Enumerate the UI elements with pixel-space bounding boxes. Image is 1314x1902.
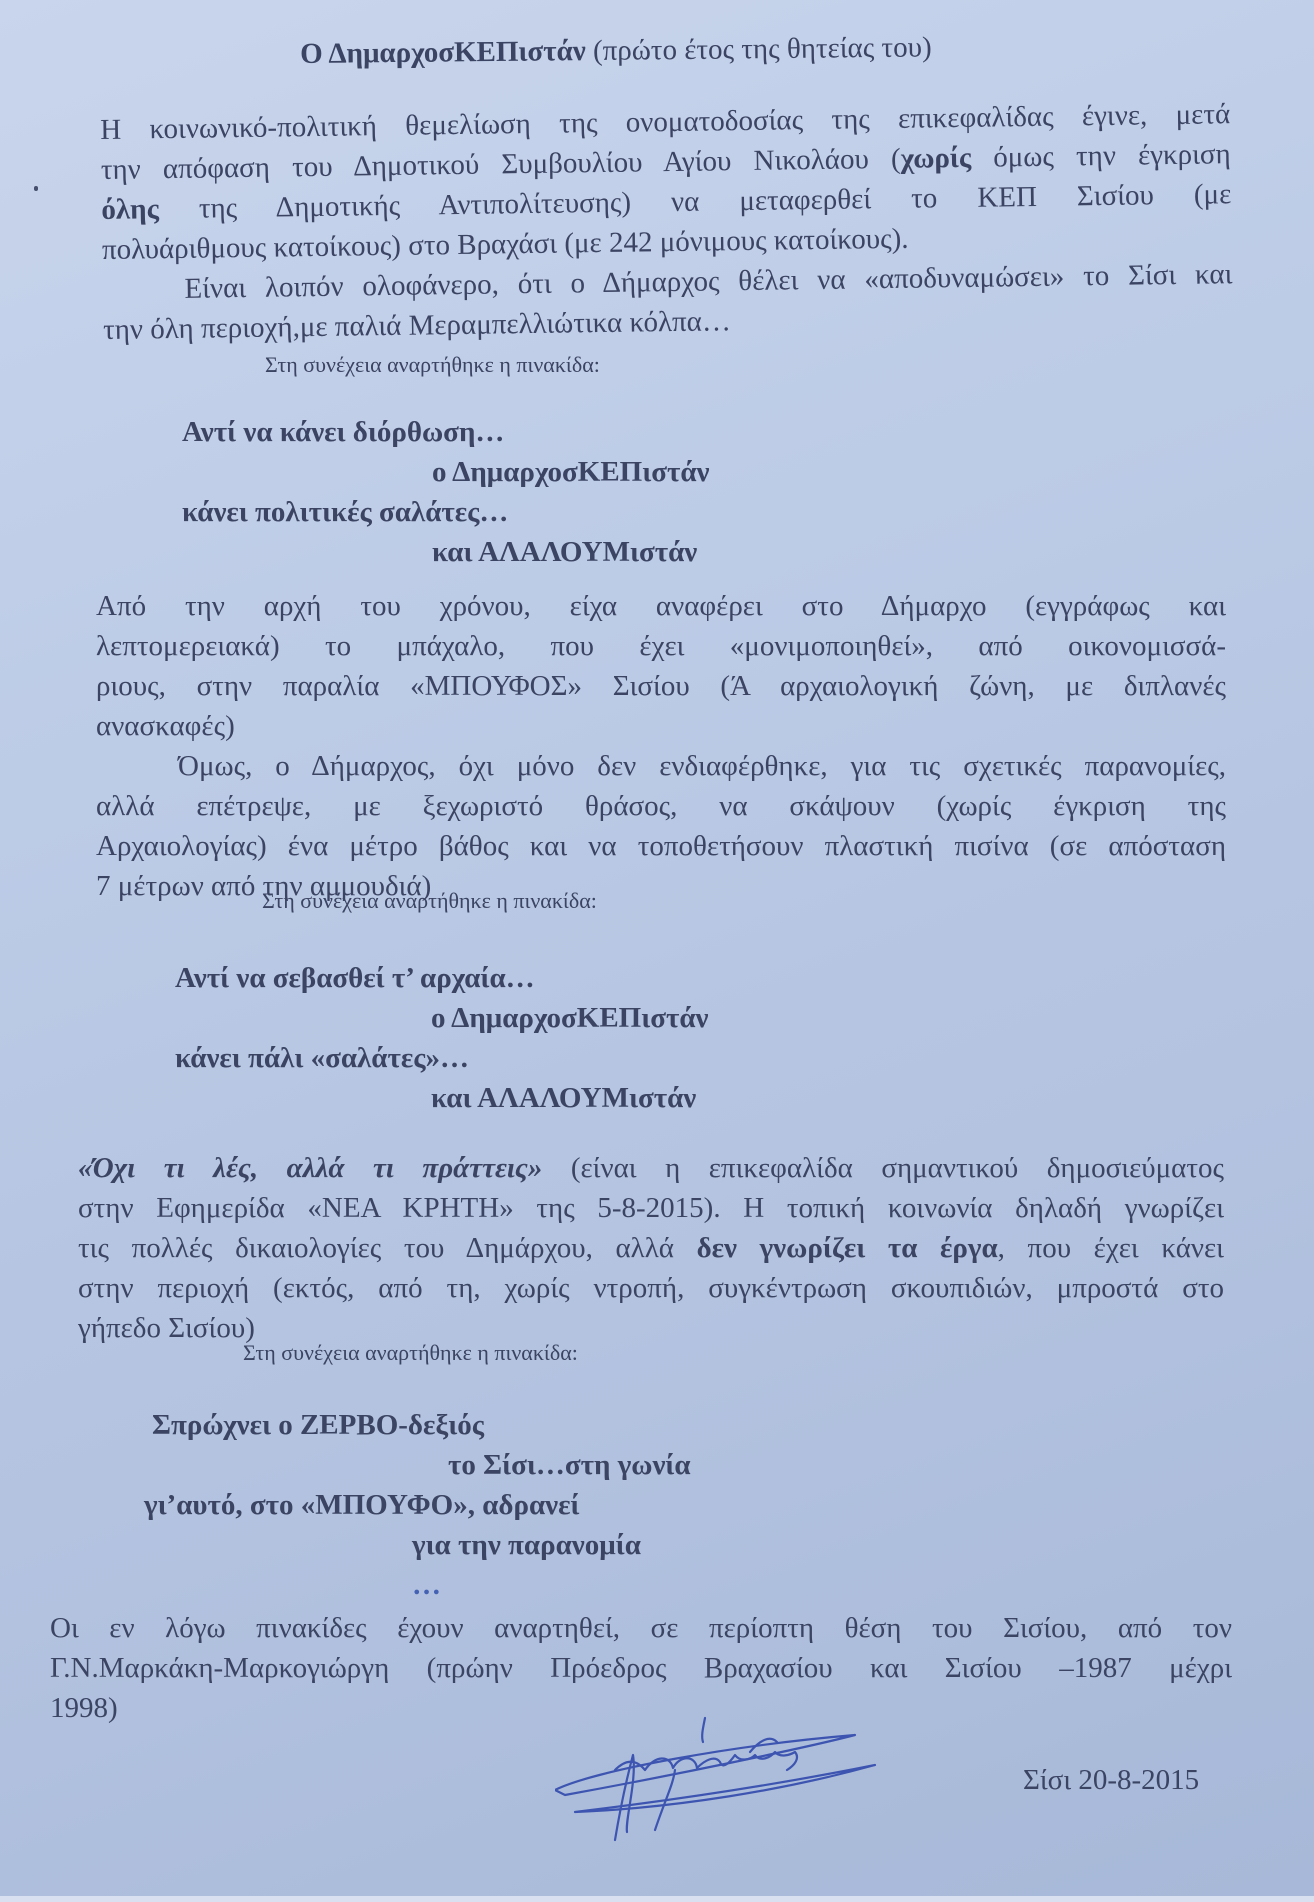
para2-line-3: ριους, στην παραλία «ΜΠΟΥΦΟΣ» Σισίου (Ά … xyxy=(96,666,1226,706)
sign1-line-2: ο ΔημαρχοσΚΕΠιστάν xyxy=(182,452,710,492)
paper-speck xyxy=(34,186,38,191)
sign3-line-2: το Σίσι…στη γωνία xyxy=(152,1445,691,1485)
document-title: Ο ΔημαρχοσΚΕΠιστάν (πρώτο έτος της θητεί… xyxy=(300,31,932,71)
handwritten-signature xyxy=(555,1700,975,1860)
emphasis-works: δεν γνωρίζει τα έργα xyxy=(697,1232,998,1264)
para3-line-2: στην Εφημερίδα «ΝΕΑ ΚΡΗΤΗ» της 5-8-2015)… xyxy=(78,1188,1224,1228)
caption-3: Στη συνέχεια αναρτήθηκε η πινακίδα: xyxy=(243,1340,578,1366)
emphasis-without: χωρίς xyxy=(900,142,971,175)
sign-2: Αντί να σεβασθεί τ’ αρχαία… ο ΔημαρχοσΚΕ… xyxy=(175,958,709,1118)
sign1-line-3: κάνει πολιτικές σαλάτες… xyxy=(182,492,710,532)
sign2-line-2: ο ΔημαρχοσΚΕΠιστάν xyxy=(175,998,709,1038)
para2-line-1: Από την αρχή του χρόνου, είχα αναφέρει σ… xyxy=(96,586,1226,626)
caption-1: Στη συνέχεια αναρτήθηκε η πινακίδα: xyxy=(265,352,600,378)
sign3-line-1: Σπρώχνει ο ΖΕΡΒΟ-δεξιός xyxy=(152,1405,691,1445)
para2-line-6: αλλά επέτρεψε, με ξεχωριστό θράσος, να σ… xyxy=(96,786,1226,826)
sign3-line-4: για την παρανομία… xyxy=(152,1525,691,1605)
para2-line-5: Όμως, ο Δήμαρχος, όχι μόνο δεν ενδιαφέρθ… xyxy=(96,746,1226,786)
document-date: Σίσι 20-8-2015 xyxy=(1023,1764,1199,1797)
sign-1: Αντί να κάνει διόρθωση… ο ΔημαρχοσΚΕΠιστ… xyxy=(182,412,710,572)
para4-line-2: Γ.Ν.Μαρκάκη-Μαρκογιώργη (πρώην Πρόεδρος … xyxy=(50,1648,1232,1688)
sign3-line-3: γι’αυτό, στο «ΜΠΟΥΦΟ», αδρανεί xyxy=(144,1485,691,1525)
para2-line-2: λεπτομερειακά) το μπάχαλο, που έχει «μον… xyxy=(96,626,1226,666)
sign2-line-3: κάνει πάλι «σαλάτες»… xyxy=(175,1038,709,1078)
paragraph-2: Από την αρχή του χρόνου, είχα αναφέρει σ… xyxy=(96,586,1226,906)
page-edge xyxy=(0,1896,1314,1902)
emphasis-all: όλης xyxy=(101,193,159,226)
para2-line-4: ανασκαφές) xyxy=(96,706,1226,746)
sign1-line-4: και ΑΛΑΛΟΥΜιστάν xyxy=(182,532,710,572)
para3-line-4: στην περιοχή (εκτός, από τη, χωρίς ντροπ… xyxy=(78,1268,1224,1308)
paragraph-1: Η κοινωνικό-πολιτική θεμελίωση της ονομα… xyxy=(100,94,1233,350)
ellipsis-handwritten: … xyxy=(412,1565,691,1605)
para2-line-7: Αρχαιολογίας) ένα μέτρο βάθος και να τοπ… xyxy=(96,826,1226,866)
sign1-line-1: Αντί να κάνει διόρθωση… xyxy=(182,412,710,452)
sign2-line-1: Αντί να σεβασθεί τ’ αρχαία… xyxy=(175,958,709,998)
para3-line-1: «Όχι τι λές, αλλά τι πράττεις» (είναι η … xyxy=(78,1148,1224,1188)
document-page: Ο ΔημαρχοσΚΕΠιστάν (πρώτο έτος της θητεί… xyxy=(0,0,1314,1902)
para3-line-3: τις πολλές δικαιολογίες του Δημάρχου, αλ… xyxy=(78,1228,1224,1268)
paragraph-3: «Όχι τι λές, αλλά τι πράττεις» (είναι η … xyxy=(78,1148,1224,1348)
quoted-headline: «Όχι τι λές, αλλά τι πράττεις» xyxy=(78,1152,542,1184)
title-rest: (πρώτο έτος της θητείας του) xyxy=(586,31,932,67)
title-bold: Ο ΔημαρχοσΚΕΠιστάν xyxy=(300,35,586,70)
sign2-line-4: και ΑΛΑΛΟΥΜιστάν xyxy=(175,1078,709,1118)
para4-line-1: Οι εν λόγω πινακίδες έχουν αναρτηθεί, σε… xyxy=(50,1608,1232,1648)
caption-2: Στη συνέχεια αναρτήθηκε η πινακίδα: xyxy=(262,888,597,914)
sign-3: Σπρώχνει ο ΖΕΡΒΟ-δεξιός το Σίσι…στη γωνί… xyxy=(152,1405,691,1605)
